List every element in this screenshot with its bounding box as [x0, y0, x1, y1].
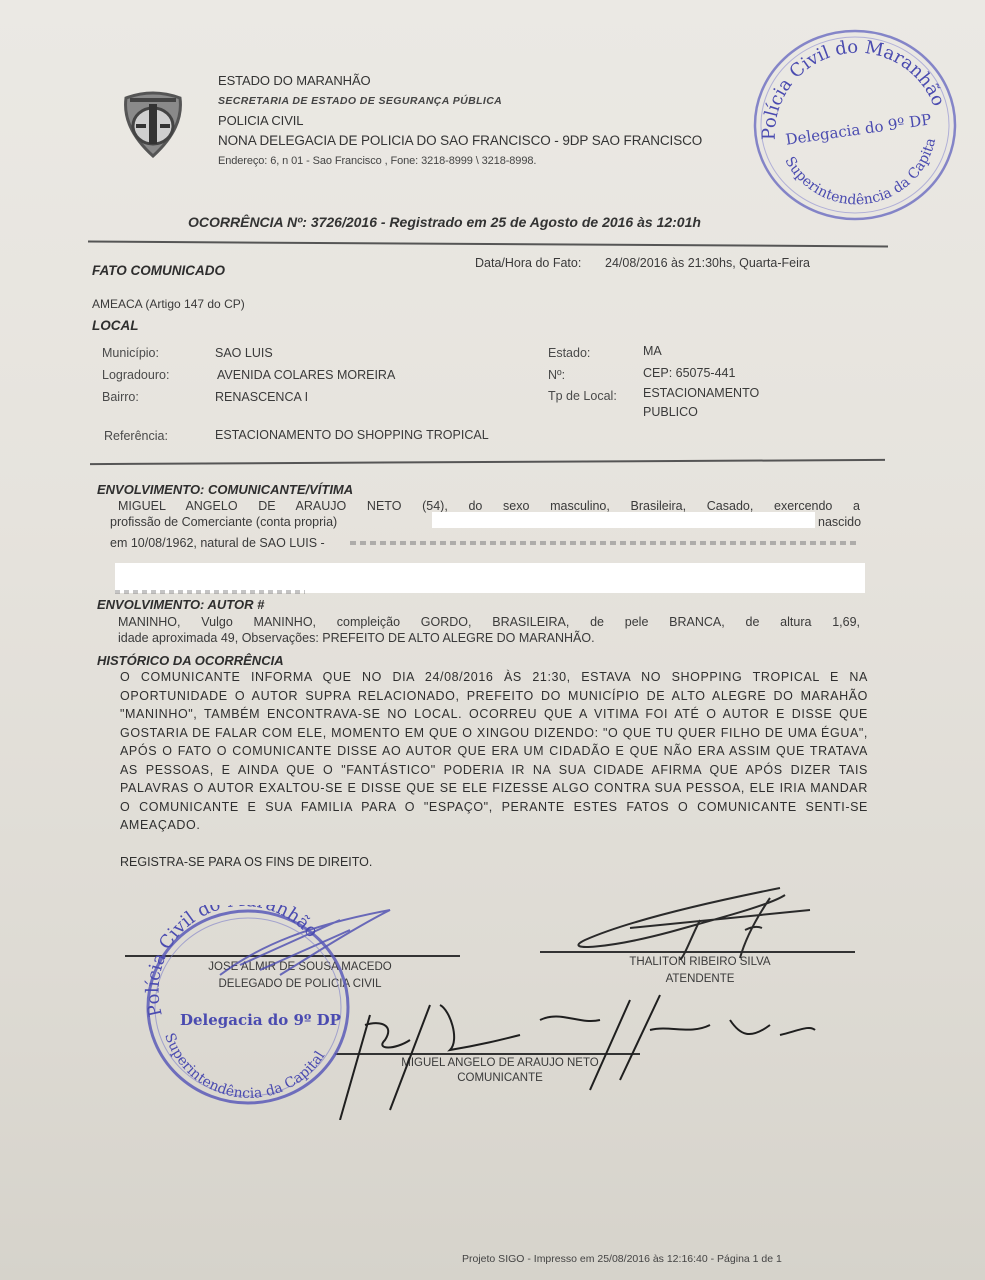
victim-line-3-start: em 10/08/1962, natural de SAO LUIS - [110, 536, 325, 550]
author-heading: ENVOLVIMENTO: AUTOR # [97, 597, 264, 612]
divider [88, 241, 888, 248]
redaction-block [115, 563, 865, 593]
coat-of-arms-logo [120, 88, 186, 158]
referencia-value: ESTACIONAMENTO DO SHOPPING TROPICAL [215, 428, 489, 442]
redaction-block [432, 512, 815, 528]
comunicante-signature [300, 980, 820, 1120]
tipo-local-label: Tp de Local: [548, 389, 617, 403]
bairro-value: RENASCENCA I [215, 390, 308, 404]
victim-heading: ENVOLVIMENTO: COMUNICANTE/VÍTIMA [97, 482, 353, 497]
occurrence-title: OCORRÊNCIA Nº: 3726/2016 - Registrado em… [188, 214, 701, 230]
header-secretariat: SECRETARIA DE ESTADO DE SEGURANÇA PÚBLIC… [218, 95, 502, 107]
stamp-bottom-ring-top: Polícia Civil do Maranhão [142, 905, 322, 1019]
header-unit: NONA DELEGACIA DE POLICIA DO SAO FRANCIS… [218, 133, 702, 148]
fact-datetime-label: Data/Hora do Fato: [475, 256, 581, 270]
header-agency: POLICIA CIVIL [218, 113, 303, 128]
bairro-label: Bairro: [102, 390, 139, 404]
police-stamp-top: Polícia Civil do Maranhão Delegacia do 9… [745, 20, 965, 230]
estado-value: MA [643, 344, 662, 358]
police-stamp-bottom: Polícia Civil do Maranhão Delegacia do 9… [140, 905, 355, 1110]
tipo-local-value-2: PUBLICO [643, 405, 698, 419]
victim-line-2-end: nascido [818, 515, 861, 529]
fact-datetime-value: 24/08/2016 às 21:30hs, Quarta-Feira [605, 256, 810, 270]
stamp-bottom-center: Delegacia do 9º DP [180, 1011, 341, 1029]
referencia-label: Referência: [104, 429, 168, 443]
history-heading: HISTÓRICO DA OCORRÊNCIA [97, 653, 284, 668]
logradouro-value: AVENIDA COLARES MOREIRA [217, 368, 395, 382]
document-page: ESTADO DO MARANHÃO SECRETARIA DE ESTADO … [0, 0, 985, 1280]
history-closing: REGISTRA-SE PARA OS FINS DE DIREITO. [120, 853, 372, 872]
estado-label: Estado: [548, 346, 590, 360]
partially-redacted-text [350, 541, 860, 545]
municipio-label: Município: [102, 346, 159, 360]
author-line-1: MANINHO, Vulgo MANINHO, compleição GORDO… [118, 614, 860, 631]
stamp-top-center: Delegacia do 9º DP [784, 110, 932, 148]
header-state: ESTADO DO MARANHÃO [218, 73, 371, 88]
cep-value: CEP: 65075-441 [643, 366, 735, 380]
logradouro-label: Logradouro: [102, 368, 169, 382]
stamp-bottom-ring-bottom: Superintendência da Capital [161, 1031, 328, 1102]
fact-heading: FATO COMUNICADO [92, 263, 225, 278]
municipio-value: SAO LUIS [215, 346, 273, 360]
print-footer: Projeto SIGO - Impresso em 25/08/2016 às… [462, 1253, 782, 1265]
fact-crime: AMEACA (Artigo 147 do CP) [92, 297, 245, 311]
victim-line-2-start: profissão de Comerciante (conta propria) [110, 515, 337, 529]
header-address: Endereço: 6, n 01 - Sao Francisco , Fone… [218, 155, 536, 167]
author-line-2: idade aproximada 49, Observações: PREFEI… [118, 631, 595, 645]
atendente-signature [540, 880, 860, 960]
local-heading: LOCAL [92, 318, 139, 333]
history-text: O COMUNICANTE INFORMA QUE NO DIA 24/08/2… [120, 668, 868, 835]
divider [90, 459, 885, 465]
tipo-local-value-1: ESTACIONAMENTO [643, 386, 759, 400]
numero-label: Nº: [548, 368, 565, 382]
partially-redacted-text [115, 590, 305, 594]
